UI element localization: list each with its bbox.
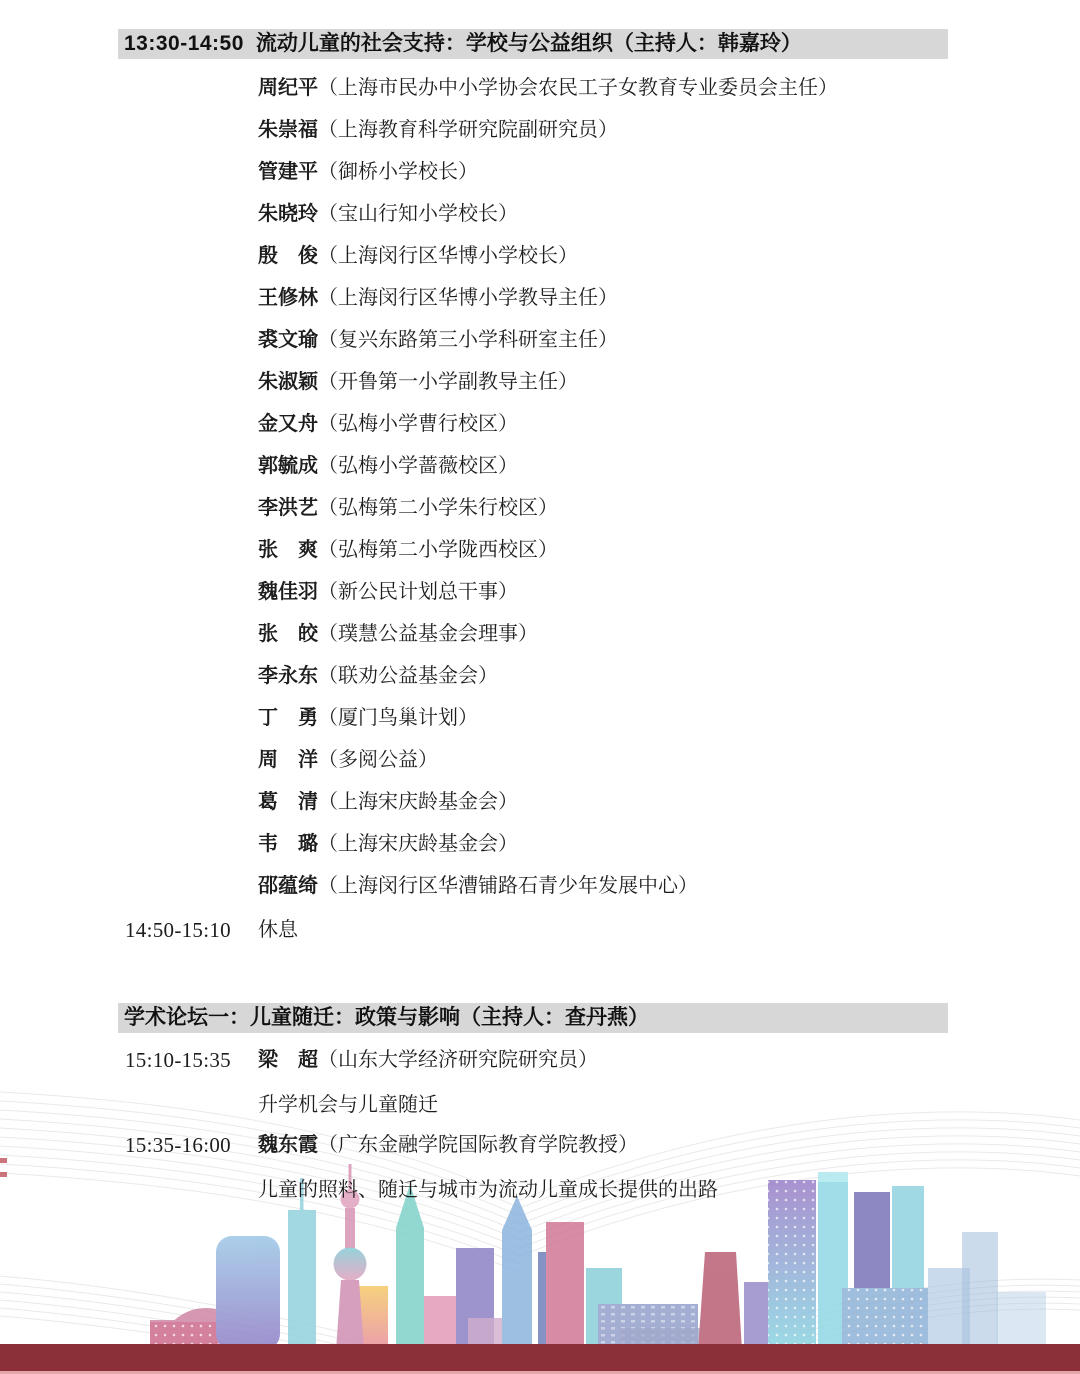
program-page: 13:30-14:50流动儿童的社会支持：学校与公益组织（主持人：韩嘉玲） 周纪… (0, 0, 1080, 1374)
participant-row: 魏佳羽（新公民计划总干事） (0, 571, 1080, 613)
participant-row: 张 皎（璞慧公益基金会理事） (0, 613, 1080, 655)
session2-item1-row: 15:10-15:35 梁 超（山东大学经济研究院研究员） (0, 1039, 1080, 1081)
participant-name: 殷 俊 (258, 245, 318, 267)
participant-affiliation: （上海闵行区华博小学校长） (318, 245, 578, 267)
break-time: 14:50-15:10 (125, 909, 231, 951)
participant-affiliation: （弘梅第二小学朱行校区） (318, 497, 558, 519)
participant-row: 王修林（上海闵行区华博小学教导主任） (0, 277, 1080, 319)
participant-affiliation: （上海市民办中小学协会农民工子女教育专业委员会主任） (318, 77, 838, 99)
speaker-affiliation: （广东金融学院国际教育学院教授） (318, 1134, 638, 1156)
participant-name: 韦 璐 (258, 833, 318, 855)
break-row: 14:50-15:10 休息 (0, 909, 1080, 951)
session1-header-bar: 13:30-14:50流动儿童的社会支持：学校与公益组织（主持人：韩嘉玲） (118, 29, 948, 59)
participant-name: 李洪艺 (258, 497, 318, 519)
footer-red-bar (0, 1344, 1080, 1371)
program-content: 13:30-14:50流动儿童的社会支持：学校与公益组织（主持人：韩嘉玲） 周纪… (0, 0, 1080, 1374)
participant-name: 周纪平 (258, 77, 318, 99)
participant-row: 张 爽（弘梅第二小学陇西校区） (0, 529, 1080, 571)
session2-item1-speaker-line: 梁 超（山东大学经济研究院研究员） (258, 1039, 598, 1081)
participant-row: 管建平（御桥小学校长） (0, 151, 1080, 193)
participant-name: 朱淑颖 (258, 371, 318, 393)
participant-affiliation: （璞慧公益基金会理事） (318, 623, 538, 645)
participant-row: 周纪平（上海市民办中小学协会农民工子女教育专业委员会主任） (0, 67, 1080, 109)
participant-name: 张 皎 (258, 623, 318, 645)
participant-affiliation: （联劝公益基金会） (318, 665, 498, 687)
session2-item1-time: 15:10-15:35 (125, 1039, 231, 1081)
break-label: 休息 (258, 909, 298, 951)
participant-name: 张 爽 (258, 539, 318, 561)
participant-name: 李永东 (258, 665, 318, 687)
participant-affiliation: （弘梅小学曹行校区） (318, 413, 518, 435)
participant-row: 邵蕴绮（上海闵行区华漕铺路石青少年发展中心） (0, 865, 1080, 907)
participant-name: 魏佳羽 (258, 581, 318, 603)
participant-name: 裘文瑜 (258, 329, 318, 351)
participant-row: 李永东（联劝公益基金会） (0, 655, 1080, 697)
participant-affiliation: （上海闵行区华漕铺路石青少年发展中心） (318, 875, 698, 897)
participant-affiliation: （复兴东路第三小学科研室主任） (318, 329, 618, 351)
participant-name: 邵蕴绮 (258, 875, 318, 897)
speaker-affiliation: （山东大学经济研究院研究员） (318, 1049, 598, 1071)
participant-affiliation: （上海闵行区华博小学教导主任） (318, 287, 618, 309)
participant-row: 郭毓成（弘梅小学蔷薇校区） (0, 445, 1080, 487)
participant-row: 殷 俊（上海闵行区华博小学校长） (0, 235, 1080, 277)
participant-row: 周 洋（多阅公益） (0, 739, 1080, 781)
participant-name: 周 洋 (258, 749, 318, 771)
participant-row: 朱晓玲（宝山行知小学校长） (0, 193, 1080, 235)
participant-name: 郭毓成 (258, 455, 318, 477)
participant-name: 朱崇福 (258, 119, 318, 141)
participant-affiliation: （御桥小学校长） (318, 161, 478, 183)
session2-header-bar: 学术论坛一：儿童随迁：政策与影响（主持人：查丹燕） (118, 1003, 948, 1033)
participant-affiliation: （上海宋庆龄基金会） (318, 791, 518, 813)
participant-name: 金又舟 (258, 413, 318, 435)
participant-affiliation: （上海教育科学研究院副研究员） (318, 119, 618, 141)
speaker-name: 梁 超 (258, 1049, 318, 1071)
participant-row: 金又舟（弘梅小学曹行校区） (0, 403, 1080, 445)
participant-row: 朱淑颖（开鲁第一小学副教导主任） (0, 361, 1080, 403)
participant-affiliation: （宝山行知小学校长） (318, 203, 518, 225)
participant-affiliation: （新公民计划总干事） (318, 581, 518, 603)
session2-item1-talk: 升学机会与儿童随迁 (258, 1084, 438, 1126)
participant-row: 李洪艺（弘梅第二小学朱行校区） (0, 487, 1080, 529)
session1-title: 流动儿童的社会支持：学校与公益组织（主持人：韩嘉玲） (256, 32, 802, 55)
participant-row: 裘文瑜（复兴东路第三小学科研室主任） (0, 319, 1080, 361)
participant-row: 丁 勇（厦门鸟巢计划） (0, 697, 1080, 739)
participant-row: 朱崇福（上海教育科学研究院副研究员） (0, 109, 1080, 151)
participant-affiliation: （厦门鸟巢计划） (318, 707, 478, 729)
session2-title: 学术论坛一：儿童随迁：政策与影响（主持人：查丹燕） (124, 1006, 649, 1029)
participant-name: 葛 清 (258, 791, 318, 813)
participant-row: 韦 璐（上海宋庆龄基金会） (0, 823, 1080, 865)
participant-affiliation: （多阅公益） (318, 749, 438, 771)
participant-row: 葛 清（上海宋庆龄基金会） (0, 781, 1080, 823)
session2-item2-speaker-line: 魏东霞（广东金融学院国际教育学院教授） (258, 1124, 638, 1166)
participant-affiliation: （开鲁第一小学副教导主任） (318, 371, 578, 393)
session2-item2-talk: 儿童的照料、随迁与城市为流动儿童成长提供的出路 (258, 1169, 718, 1211)
participant-affiliation: （弘梅小学蔷薇校区） (318, 455, 518, 477)
participant-affiliation: （弘梅第二小学陇西校区） (318, 539, 558, 561)
participant-name: 朱晓玲 (258, 203, 318, 225)
speaker-name: 魏东霞 (258, 1134, 318, 1156)
session1-time: 13:30-14:50 (124, 32, 244, 55)
participant-affiliation: （上海宋庆龄基金会） (318, 833, 518, 855)
participant-name: 丁 勇 (258, 707, 318, 729)
session2-item2-row: 15:35-16:00 魏东霞（广东金融学院国际教育学院教授） (0, 1124, 1080, 1166)
participant-name: 管建平 (258, 161, 318, 183)
participant-list: 周纪平（上海市民办中小学协会农民工子女教育专业委员会主任） 朱崇福（上海教育科学… (0, 67, 1080, 907)
session2-item2-time: 15:35-16:00 (125, 1124, 231, 1166)
participant-name: 王修林 (258, 287, 318, 309)
